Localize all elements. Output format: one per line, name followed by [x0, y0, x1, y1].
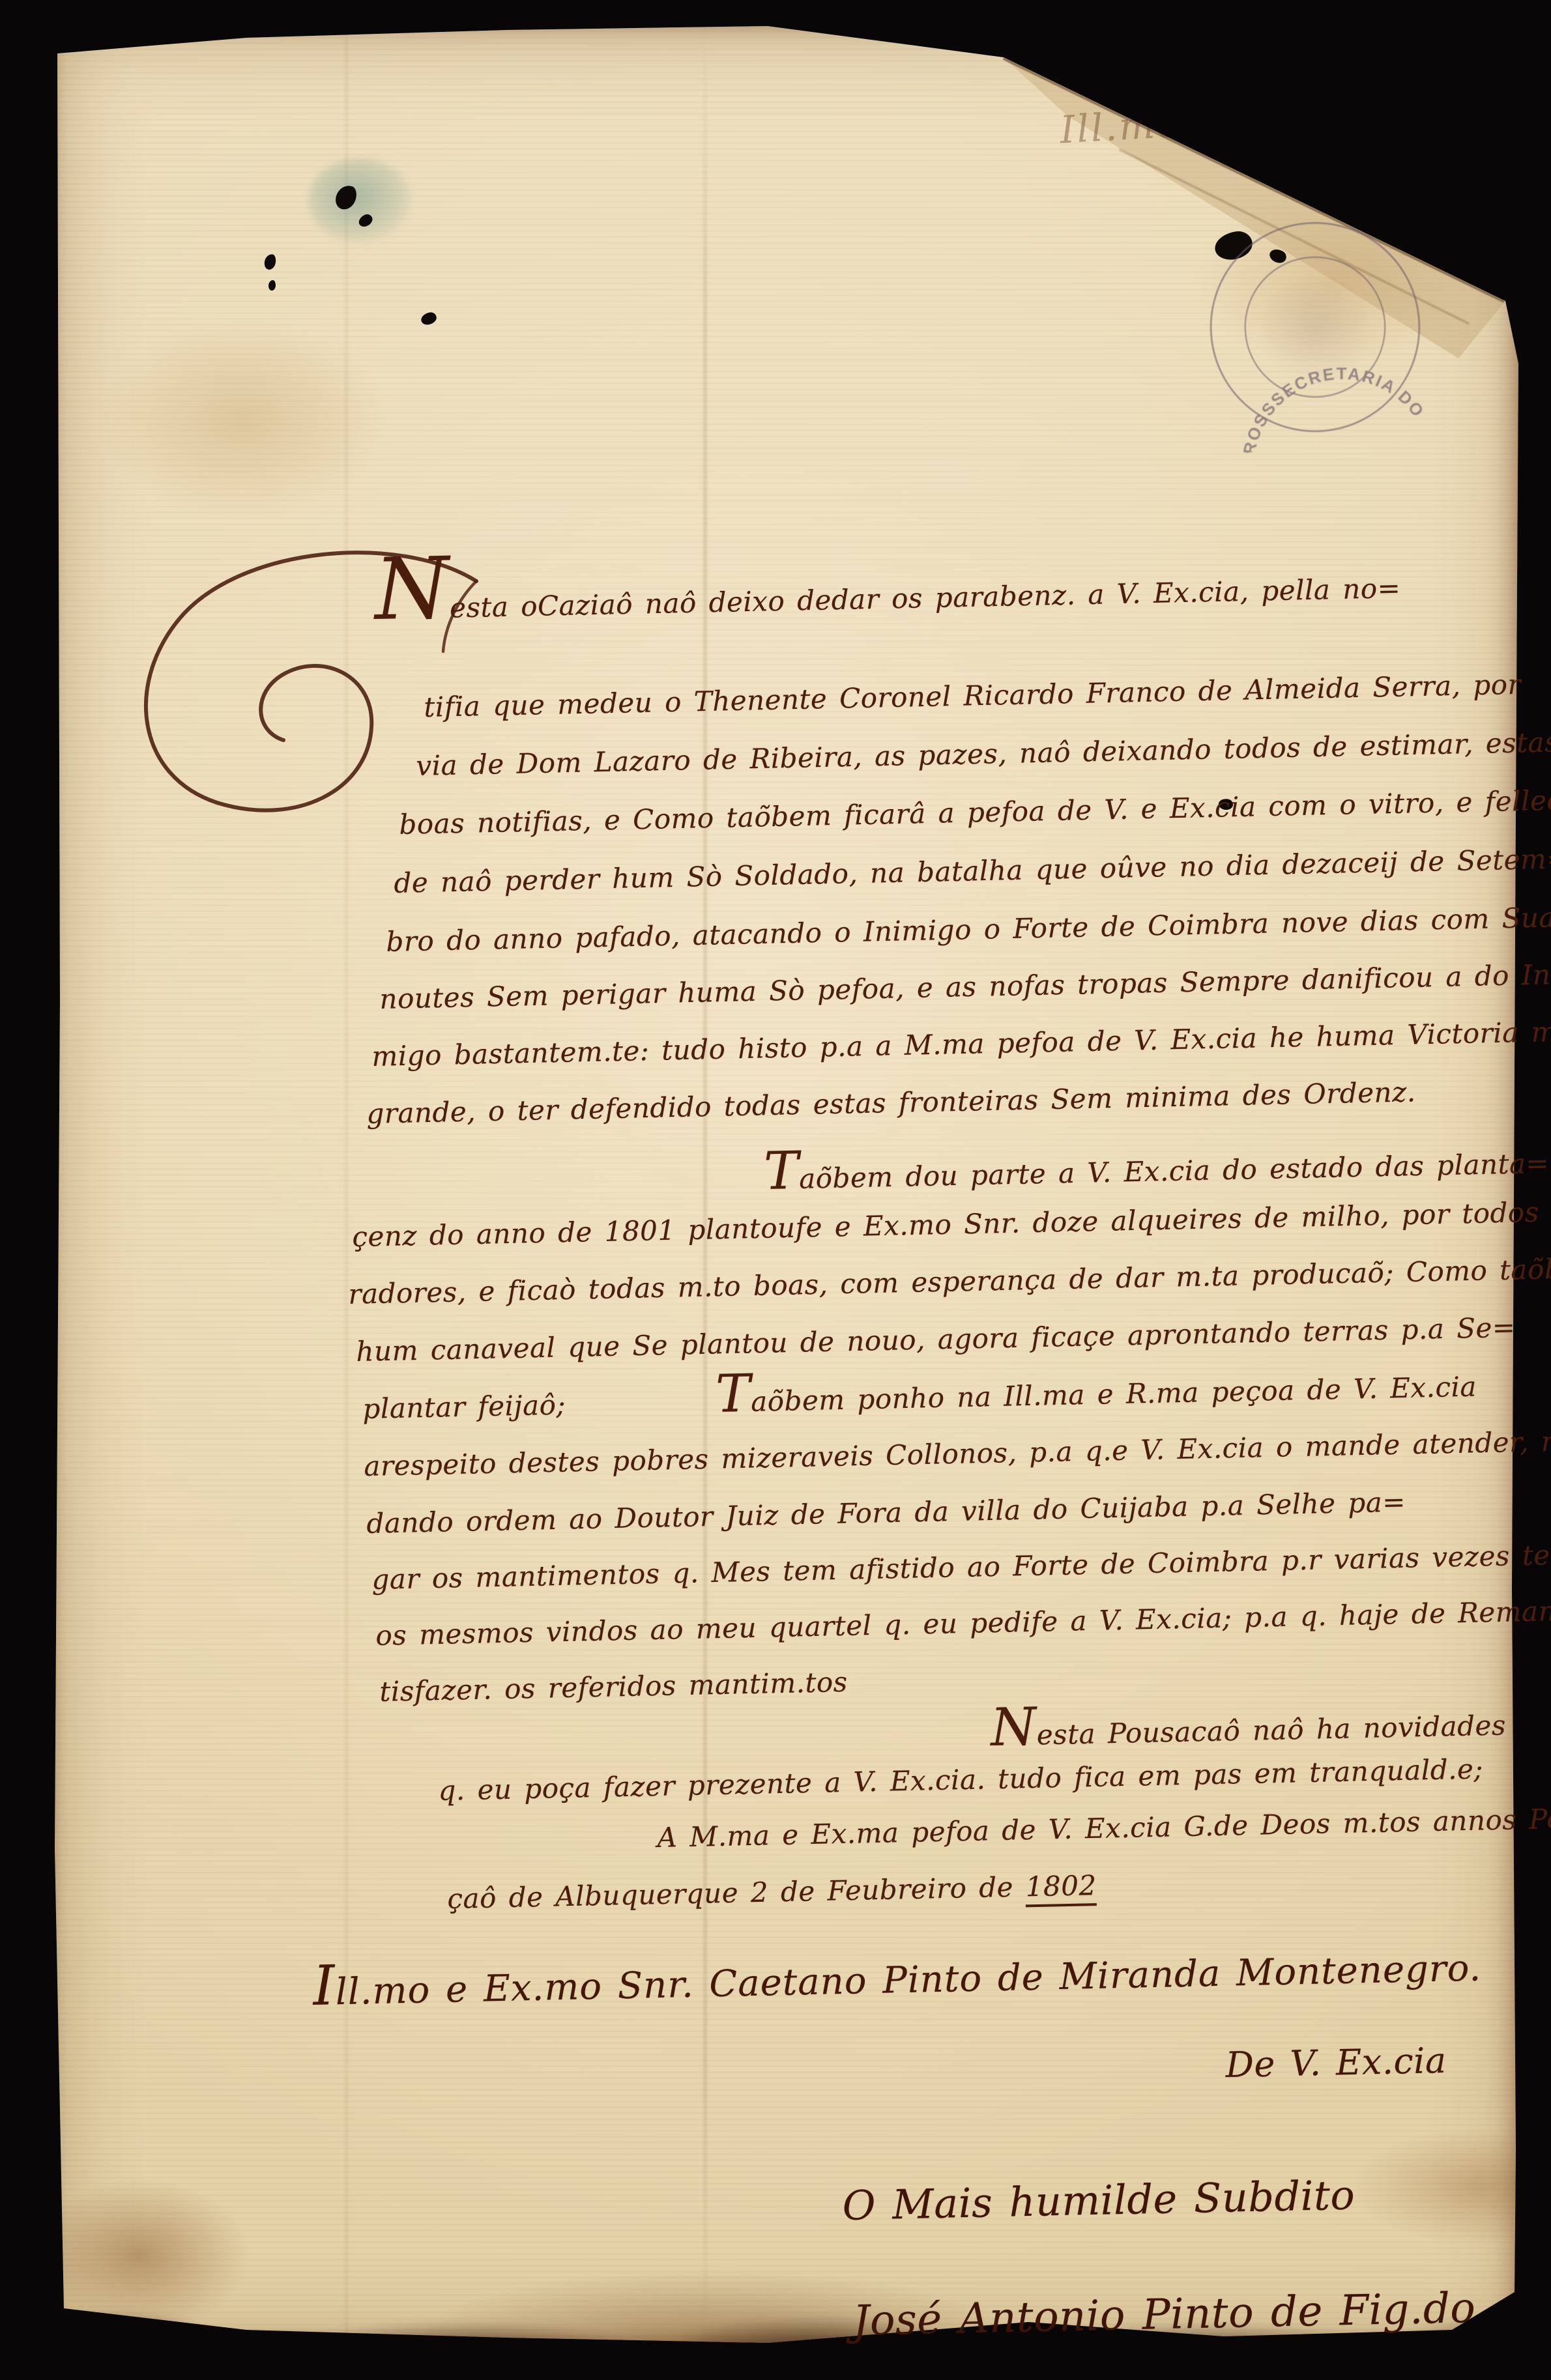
teal-ink-smudge — [308, 158, 413, 243]
archive-round-stamp: SECRETARIA DO GOVERNO DO ESTADO DE MATO … — [1185, 197, 1445, 457]
letter-line: plantar feijaô; — [362, 1390, 566, 1424]
ink-blot — [420, 311, 437, 326]
subscription-line: O Mais humilde Subdito — [842, 2173, 1355, 2229]
dateline-year: 1802 — [1025, 1869, 1097, 1907]
ink-blot — [263, 253, 276, 270]
photo-black-background: Ill.mo Ex.mo Senhor. SECRETARIA DO GOVER… — [0, 0, 1551, 2380]
faint-salutation: Ill.mo Ex.mo Senhor. — [1059, 83, 1517, 152]
ink-blot — [268, 280, 276, 291]
valediction-line: De V. Ex.cia — [1225, 2041, 1447, 2084]
